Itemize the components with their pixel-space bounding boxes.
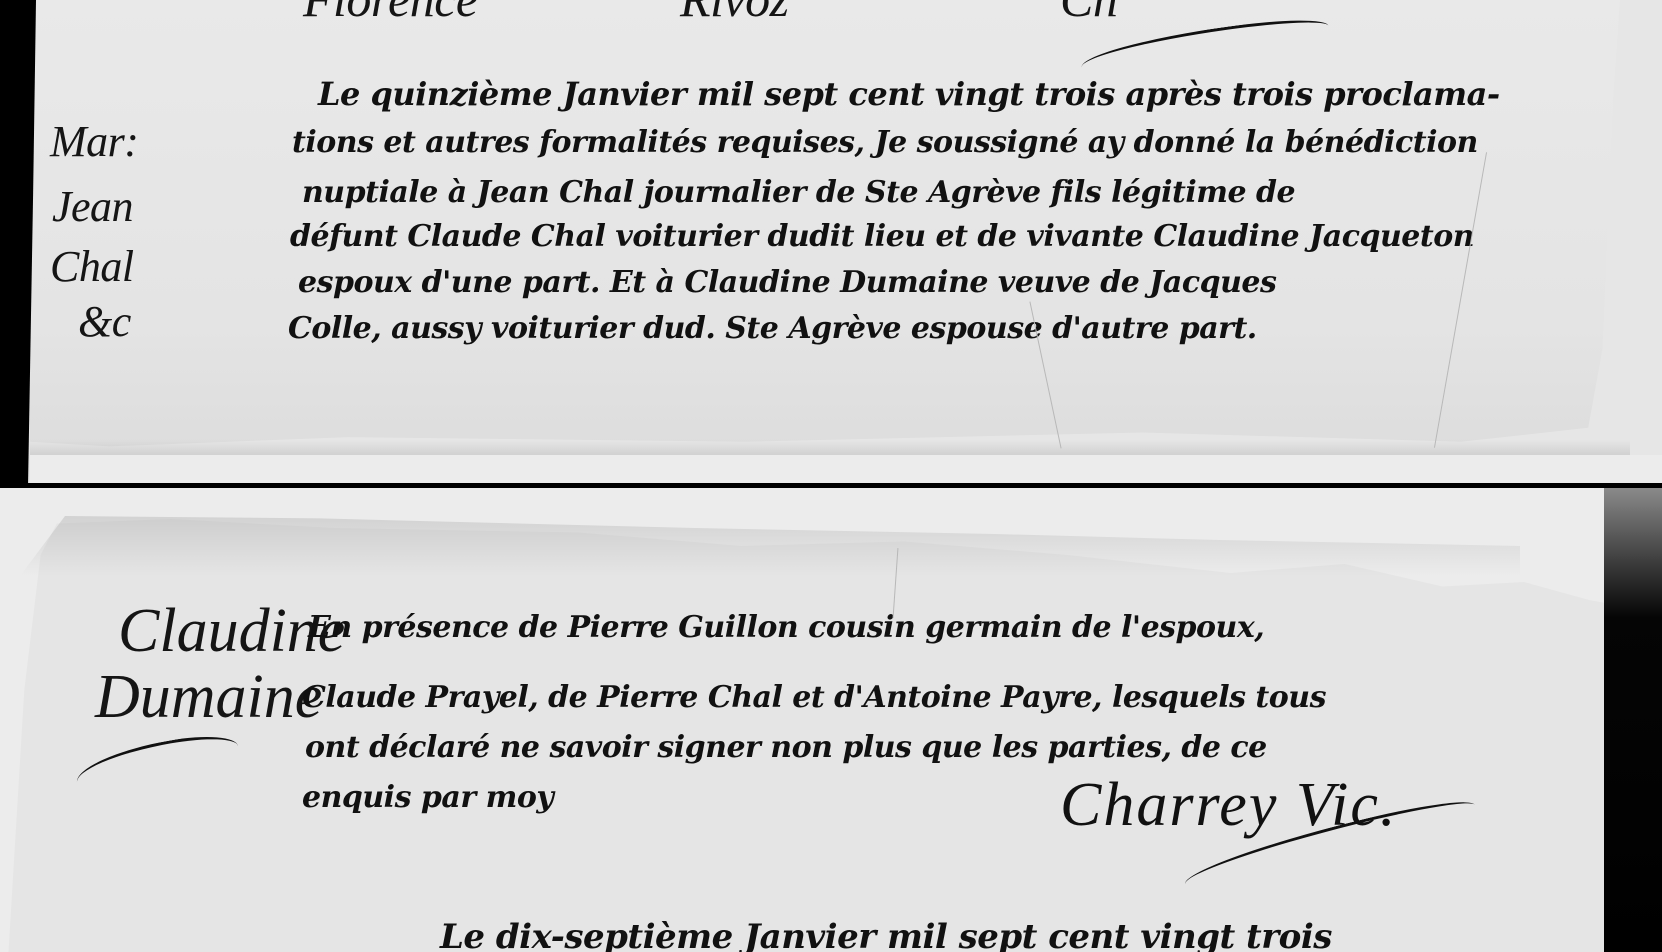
top-fragment: Florence Rivoz Ch Mar: Jean Chal &c Le q… xyxy=(0,0,1662,483)
paper-torn-edge xyxy=(20,516,1520,576)
bottom-fragment: Claudine Dumaine En présence de Pierre G… xyxy=(0,488,1662,952)
record-line: ont déclaré ne savoir signer non plus qu… xyxy=(305,733,1267,763)
next-record-line-cut: Le dix-septième Janvier mil sept cent vi… xyxy=(440,920,1332,952)
cut-header-word: Rivoz xyxy=(680,0,789,24)
record-line: espoux d'une part. Et à Claudine Dumaine… xyxy=(298,268,1276,298)
scan-background xyxy=(30,455,1662,483)
margin-note-line: Mar: xyxy=(50,120,138,164)
record-line: nuptiale à Jean Chal journalier de Ste A… xyxy=(302,178,1295,208)
record-line: En présence de Pierre Guillon cousin ger… xyxy=(308,613,1264,643)
margin-note-line: Chal xyxy=(50,245,134,289)
scan-right-border xyxy=(1604,488,1662,952)
record-line: enquis par moy xyxy=(302,783,553,813)
record-line: défunt Claude Chal voiturier dudit lieu … xyxy=(290,222,1474,252)
cut-header-word: Florence xyxy=(303,0,478,24)
margin-note-line: Jean xyxy=(52,185,133,229)
margin-note-line: &c xyxy=(78,300,131,344)
record-line: tions et autres formalités requises, Je … xyxy=(292,128,1478,158)
record-line: Le quinzième Janvier mil sept cent vingt… xyxy=(318,78,1500,110)
cut-header-word: Ch xyxy=(1060,0,1117,24)
margin-name-line: Dumaine xyxy=(95,666,322,728)
document-viewer: Florence Rivoz Ch Mar: Jean Chal &c Le q… xyxy=(0,0,1662,952)
record-line: Colle, aussy voiturier dud. Ste Agrève e… xyxy=(288,314,1257,344)
record-line: Claude Prayel, de Pierre Chal et d'Antoi… xyxy=(302,683,1326,713)
